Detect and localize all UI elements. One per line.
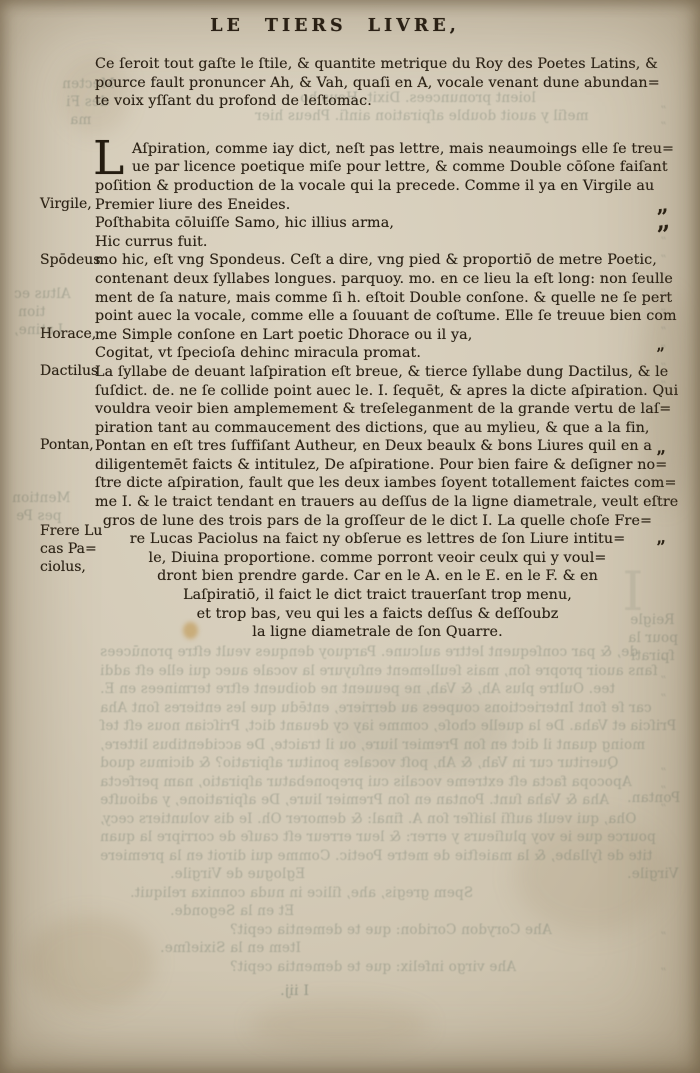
showthrough-line: Priſcia: [630, 718, 676, 734]
text-line: la ligne diametrale de ſon Quarre.: [95, 623, 660, 642]
text-line: me Simple conſone en Lart poetic Dhorace…: [95, 326, 660, 345]
margin-note: cas Pa=: [40, 541, 97, 557]
text-line: Premier liure des Eneides.: [95, 196, 660, 215]
text-line: point auec la vocale, comme elle a ſouua…: [95, 307, 660, 326]
showthrough-quote-mark: „: [660, 96, 666, 110]
margin-note: Horace,: [40, 326, 96, 342]
text-line: dront bien prendre garde. Car en le A. e…: [95, 567, 660, 586]
showthrough-line: Altus ec: [14, 286, 71, 302]
showthrough-line: ma: [70, 112, 91, 128]
margin-note: Virgile,: [40, 196, 92, 212]
margin-note: Spōdeus: [40, 252, 100, 268]
showthrough-line: Apocopa facta eſt extreme vocalis cui pr…: [100, 774, 632, 790]
text-line: gros de lune des trois pars de la groſſe…: [95, 512, 660, 531]
text-line: mo hic, eſt vng Spondeus. Ceſt a dire, v…: [95, 251, 660, 270]
text-line: ue par licence poetique miſe pour lettre…: [132, 158, 660, 177]
text-line: Pontan en eſt tres ſuffiſant Autheur, en…: [95, 437, 660, 456]
showthrough-line: Eglogue de Virgile.: [170, 866, 305, 882]
quotation-mark: „: [656, 215, 671, 226]
showthrough-line: I iij.: [280, 983, 309, 999]
text-line: pource fault pronuncer Ah, & Vah, quaſi …: [95, 74, 660, 93]
quotation-mark: „: [656, 443, 667, 454]
showthrough-line: Pontan.: [627, 790, 680, 806]
text-line: La ſyllabe de deuant laſpiration eſt bre…: [95, 363, 660, 382]
book-page-scan: Mectendes Fimaloient pronuncees. Dixit. …: [0, 0, 700, 1073]
text-line: Cogitat, vt ſpecioſa dehinc miracula pro…: [95, 344, 660, 363]
margin-note: Frere Lu: [40, 523, 102, 539]
quotation-mark: „: [656, 340, 666, 351]
running-title: LE TIERS LIVRE,: [95, 16, 575, 36]
text-line: vouldra veoir bien amplemement & treſele…: [95, 400, 660, 419]
text-line: contenant deux ſyllabes longues. parquoy…: [95, 270, 660, 289]
text-line: le, Diuina proportione. comme porront ve…: [95, 549, 660, 568]
text-line: ſuſdict. de. ne ſe collide point auec le…: [95, 382, 660, 401]
showthrough-line: Aha & Vaha ſunt. Pontan en ſon Premier l…: [100, 792, 609, 808]
text-line: Laſpiratiō, il faict le dict traict trau…: [95, 586, 660, 605]
showthrough-quote-mark: „: [660, 648, 666, 662]
showthrough-quote-mark: „: [660, 958, 666, 972]
text-line: Aſpiration, comme iay dict, neſt pas let…: [132, 140, 660, 159]
drop-cap: L: [93, 138, 124, 180]
text-line: te voix yſſant du profond de leſtomac.: [95, 92, 660, 111]
showthrough-line: tite de ſyllabe, & la maieſtie de metre …: [100, 848, 652, 864]
paper-stain: [250, 1000, 430, 1050]
text-line: me I. & le traict tendant en trauers au …: [95, 493, 660, 512]
margin-note: ciolus,: [40, 559, 86, 575]
quotation-mark: „: [656, 533, 667, 544]
showthrough-line: et Vaha. De la quelle choſe, comme iay c…: [100, 718, 626, 734]
showthrough-line: tion: [18, 304, 45, 320]
text-line: diligentemēt faicts & intitulez, De aſpi…: [95, 456, 660, 475]
showthrough-line: moing quant il dict en ſon Premier liure…: [100, 737, 645, 753]
text-line: ſtre dicte aſpiration, fault que les deu…: [95, 474, 660, 493]
margin-note: Dactilus: [40, 363, 98, 379]
text-line: et trop bas, veu qui les a faicts deſſus…: [95, 605, 660, 624]
text-line: Poſthabita cōluiſſe Samo, hic illius arm…: [95, 214, 660, 233]
showthrough-line: pource que ie voy pluſieurs y errer: & l…: [100, 829, 656, 845]
showthrough-quote-mark: „: [660, 758, 666, 772]
showthrough-quote-mark: „: [660, 922, 666, 936]
showthrough-line: tee. Oultre plus Ah, & Vah, ne peuuent n…: [100, 681, 615, 697]
text-line: re Lucas Paciolus na faict ny obſerue es…: [95, 530, 660, 549]
paragraph-gap: [95, 111, 660, 140]
showthrough-quote-mark: „: [660, 776, 666, 790]
showthrough-line: de, & par conſequent lettre aulcune. Par…: [100, 644, 638, 660]
showthrough-line: Et en la Segonde.: [170, 903, 294, 919]
showthrough-line: Spem gregis, ahe, ſilice in nuda connixa…: [130, 885, 473, 901]
margin-note: Pontan,: [40, 437, 94, 453]
showthrough-line: Virgile.: [627, 866, 678, 882]
showthrough-line: Item en la Sixieſme.: [160, 940, 301, 956]
showthrough-quote-mark: „: [660, 245, 666, 259]
text-line: Ce ſeroit tout gaſte le ſtile, & quantit…: [95, 55, 660, 74]
text-line: poſition & production de la vocale qui l…: [95, 177, 660, 196]
showthrough-line: ſans auoir propre ſon, mais ſeullement e…: [100, 663, 658, 679]
paper-stain: [25, 915, 155, 1010]
showthrough-quote-mark: „: [660, 112, 666, 126]
text-line: piration tant au commaucement des dictio…: [95, 419, 660, 438]
showthrough-quote-mark: „: [660, 666, 666, 680]
showthrough-line: car ſe font Interiections coupees au der…: [100, 700, 652, 716]
showthrough-line: Mention: [12, 490, 70, 506]
body-text-column: L Ce ſeroit tout gaſte le ſtile, & quant…: [95, 55, 660, 642]
showthrough-line: Ahe virgo infelix: que te dementia cepit…: [230, 959, 516, 975]
showthrough-line: Ahe Corydon Coridon: que te dementia cep…: [230, 922, 552, 938]
showthrough-line: pes Pe: [16, 508, 62, 524]
showthrough-quote-mark: „: [660, 684, 666, 698]
text-line: Hic currus fuit.: [95, 233, 660, 252]
showthrough-quote-mark: „: [660, 794, 666, 808]
showthrough-line: Oha, qui veult auſſi laiſſer ſon A. fina…: [100, 811, 636, 827]
showthrough-line: Queritur cur in Vah, & Ah, poſt vocales …: [100, 755, 618, 771]
text-line: ment de ſa nature, mais comme ſi h. eſto…: [95, 289, 660, 308]
